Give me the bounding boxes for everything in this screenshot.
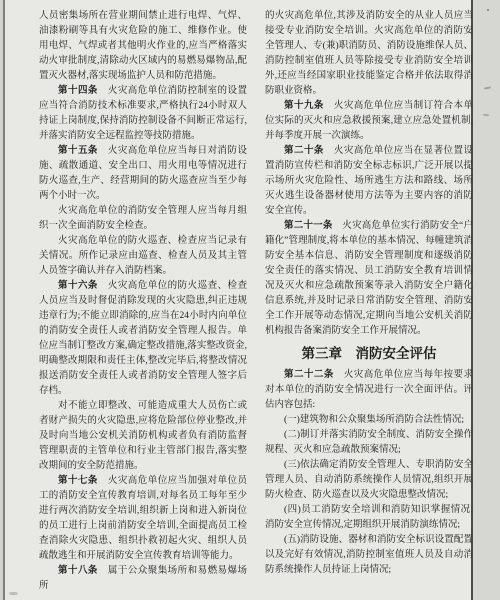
paragraph: (三)依法确定消防安全管理人、专职消防安全管理人员、自动消防系统操作人员情况,组…: [265, 458, 473, 503]
page-text-area: 人员密集场所在营业期间禁止进行电焊、气焊、油漆粉刷等具有火灾危险的施工、维修作业…: [39, 9, 473, 597]
paragraph: 第十八条 属于公众聚集场所和易燃易爆场所: [39, 564, 247, 594]
article-number: 第十八条: [58, 566, 98, 576]
paragraph: 第十七条 火灾高危单位应当加强对单位员工的消防安全宣传教育培训,对每名员工每年至…: [39, 474, 247, 564]
article-number: 第十七条: [58, 476, 98, 486]
article-number: 第十五条: [58, 146, 98, 156]
text-column-right: 的火灾高危单位,其涉及消防安全的从业人员应当接受专业消防安全培训。火灾高危单位的…: [265, 9, 473, 597]
paragraph: 人员密集场所在营业期间禁止进行电焊、气焊、油漆粉刷等具有火灾危险的施工、维修作业…: [39, 9, 247, 84]
paragraph: 的火灾高危单位,其涉及消防安全的从业人员应当接受专业消防安全培训。火灾高危单位的…: [265, 9, 473, 99]
scanned-page: 人员密集场所在营业期间禁止进行电焊、气焊、油漆粉刷等具有火灾危险的施工、维修作业…: [5, 0, 471, 600]
paragraph: 第十九条 火灾高危单位应当制订符合本单位实际的灭火和应急救援预案,建立应急处置机…: [265, 99, 473, 144]
scan-speck: [9, 592, 18, 595]
paragraph: 对不能立即整改、可能造成重大人员伤亡或者财产损失的火灾隐患,应将危险部位停业整改…: [39, 399, 247, 474]
scan-right-margin: [473, 0, 500, 600]
article-number: 第十六条: [58, 281, 98, 291]
paragraph: (四)员工消防安全培训和消防知识掌握情况,消防安全宣传情况,定期组织开展消防演练…: [265, 503, 473, 533]
article-number: 第二十一条: [284, 221, 333, 231]
article-number: 第十四条: [58, 86, 98, 96]
paragraph: 第二十条 火灾高危单位应当在显著位置设置消防宣传栏和消防安全标志标识,广泛开展以…: [265, 144, 473, 219]
paragraph: 火灾高危单位的防火巡查、检查应当记录有关情况。所作记录应由巡查、检查人员及其主管…: [39, 234, 247, 279]
paragraph: 第十六条 火灾高危单位的防火巡查、检查人员应当及时督促消除发现的火灾隐患,纠正违…: [39, 279, 247, 399]
paragraph: 火灾高危单位的消防安全管理人应当每月组织一次全面消防安全检查。: [39, 204, 247, 234]
chapter-number: 第三章: [302, 346, 343, 361]
scan-speck: [487, 9, 489, 11]
scan-left-edge-line: [3, 0, 5, 600]
text-column-left: 人员密集场所在营业期间禁止进行电焊、气焊、油漆粉刷等具有火灾危险的施工、维修作业…: [39, 9, 247, 597]
paragraph: (二)制订并落实消防安全制度、消防安全操作规程、灭火和应急疏散预案情况;: [265, 428, 473, 458]
paragraph: (一)建筑物和公众聚集场所消防合法性情况;: [265, 413, 473, 428]
paragraph: 第二十二条 火灾高危单位应当每年按要求对本单位的消防安全情况进行一次全面评估。评…: [265, 368, 473, 413]
article-number: 第二十二条: [284, 370, 334, 380]
article-number: 第二十条: [284, 146, 324, 156]
paragraph: (五)消防设施、器材和消防安全标识设置配置以及完好有效情况,消防控制室值班人员及…: [265, 533, 473, 578]
paragraph: 第十五条 火灾高危单位应当每日对消防设施、疏散通道、安全出口、用火用电等情况进行…: [39, 144, 247, 204]
paragraph: 第二十一条 火灾高危单位实行消防安全“户籍化”管理制度,将本单位的基本情况、每幢…: [265, 219, 473, 339]
paragraph: 第十四条 火灾高危单位消防控制室的设置应当符合消防技术标准要求,严格执行24小时…: [39, 84, 247, 144]
article-number: 第十九条: [284, 101, 324, 111]
chapter-heading: 第三章 消防安全评估: [265, 342, 473, 366]
